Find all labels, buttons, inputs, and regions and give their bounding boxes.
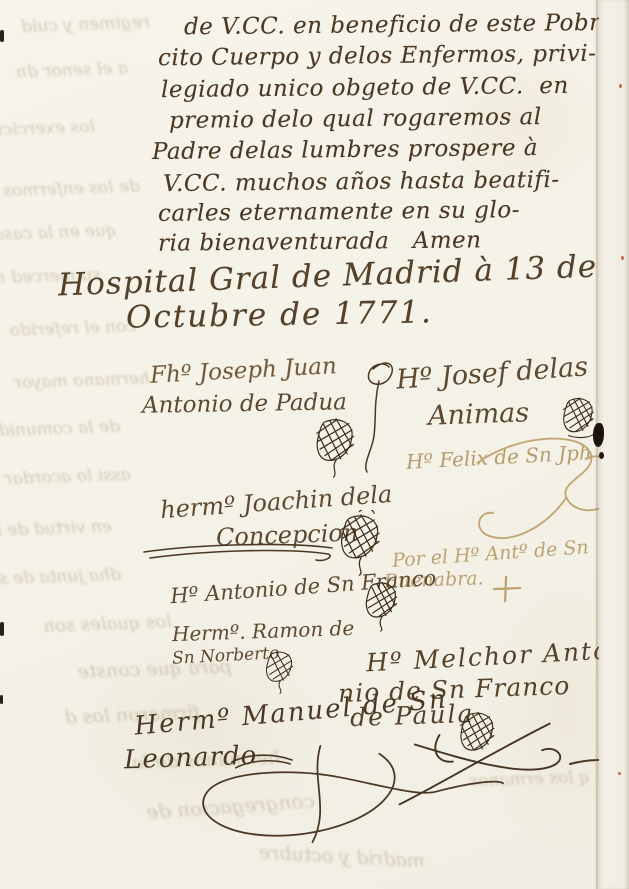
rubric-crosshatch-padua bbox=[312, 410, 360, 482]
bleedthrough-line: que en la casa bbox=[0, 221, 117, 254]
bleedthrough-line: los quales son bbox=[0, 611, 172, 644]
bleedthrough-line: regimen y cuid bbox=[0, 12, 150, 45]
bleedthrough-line: dha junta de s bbox=[0, 565, 121, 597]
rubric-crosshatch-antonio bbox=[362, 578, 402, 632]
bleedthrough-line: de los enfermos bbox=[0, 177, 140, 210]
rubric-crosshatch-ramon bbox=[262, 648, 298, 694]
dateline-date: Octubre de 1771. bbox=[126, 294, 433, 335]
red-speck bbox=[619, 84, 622, 88]
signature-melchor-line1: Hº Melchor Anto bbox=[365, 636, 610, 678]
rubric-oval-manuel bbox=[170, 740, 510, 848]
red-speck bbox=[621, 256, 624, 260]
body-line: Padre delas lumbres prospere à bbox=[152, 135, 538, 165]
cross-mark-buenaventura bbox=[490, 574, 524, 604]
edge-ink-mark bbox=[0, 30, 4, 42]
ink-blotch bbox=[599, 452, 604, 459]
body-line: ria bienaventurada Amen bbox=[158, 227, 482, 256]
signature-ramon-line1: Hermº. Ramon de bbox=[172, 616, 355, 646]
rubric-underline-joachin bbox=[140, 540, 340, 566]
bleedthrough-line: de la comunida bbox=[0, 417, 120, 450]
body-line: de V.CC. en beneficio de este Pobre- bbox=[184, 10, 623, 41]
page-right-edge-shadow bbox=[624, 0, 629, 889]
manuscript-scan: regimen y cuid a el senor dn los exercic… bbox=[0, 0, 629, 889]
bleedthrough-line: con el referido bbox=[0, 317, 136, 350]
bleedthrough-line: los exercicios bbox=[0, 117, 95, 149]
signature-animas-line2: Animas bbox=[427, 397, 529, 432]
bleedthrough-line: hermano mayor bbox=[0, 369, 150, 402]
body-line: legiado unico obgeto de V.CC. en bbox=[161, 73, 569, 103]
edge-ink-mark bbox=[0, 695, 3, 704]
body-line: premio delo qual rogaremos al bbox=[169, 104, 542, 134]
rubric-crosshatch-joachin bbox=[336, 510, 386, 576]
bleedthrough-line: a el senor dn bbox=[0, 59, 128, 92]
signature-padua-line1: Fhº Joseph Juan bbox=[149, 353, 337, 389]
red-speck bbox=[618, 772, 621, 775]
signature-animas-line1: Hº Josef delas bbox=[395, 351, 589, 395]
body-line: cito Cuerpo y delos Enfermos, privi- bbox=[158, 41, 597, 72]
body-line: carles eternamente en su glo- bbox=[158, 197, 520, 227]
body-line: V.CC. muchos años hasta beatifi- bbox=[163, 167, 560, 197]
bleedthrough-line: assi lo acordar bbox=[0, 465, 131, 497]
bleedthrough-line: en virtud de lo bbox=[0, 517, 112, 550]
edge-ink-mark bbox=[0, 622, 4, 636]
